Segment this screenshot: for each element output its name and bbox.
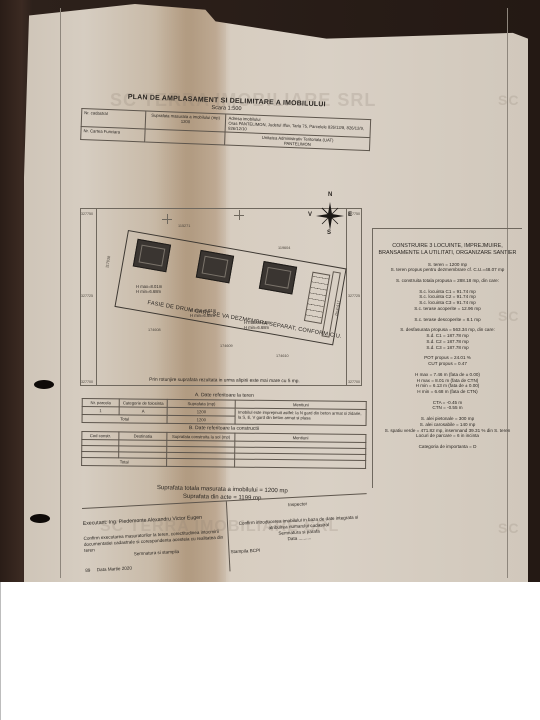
site-plan: 327750 327725 327700 327750 327725 32770… (80, 196, 370, 388)
north-arrow-icon: N S V E (312, 198, 348, 234)
grid-cross (162, 214, 172, 224)
cell-mentiuni: Imobilul este imprejmuit astfel: la N ga… (235, 408, 366, 425)
lot-number: 174610 (276, 354, 289, 358)
nr-cadastral-label: Nr. cadastral (81, 109, 145, 130)
building-notes: CONSTRUIRE 3 LOCUINTE, IMPREJMUIRE, BRAN… (372, 228, 522, 488)
page-number: 89 (85, 567, 90, 572)
grid-cross (234, 210, 244, 220)
house-c2 (196, 250, 234, 283)
house-c3 (259, 261, 297, 294)
neighbor-label: 115271 (178, 224, 190, 228)
coord-label: 327725 (81, 294, 93, 298)
total-label: Total (82, 415, 167, 424)
notes-heading: CONSTRUIRE 3 LOCUINTE, IMPREJMUIRE, BRAN… (373, 243, 522, 257)
hmin-label: H min=6.68m (136, 289, 162, 294)
inspector-column: Inspector Confirm introducerea imobilulu… (228, 494, 370, 571)
house-c1-heights: H max=8.01m H min=6.68m (136, 284, 162, 294)
punch-hole (30, 514, 50, 523)
carte-funciara-value (144, 129, 225, 145)
data-tables: Prin rotunjire suprafata rezultata in ur… (81, 377, 367, 469)
note-line: S. teren propus pentru dezmembrare cf. C… (373, 267, 522, 273)
neighbor-label: 119604 (278, 246, 290, 250)
signature-block: Executant: Ing. Piedemonte Alexandru Vic… (82, 493, 370, 578)
grid-line (346, 208, 347, 386)
lot-number: 174609 (220, 344, 233, 348)
executant-name: Executant: Ing. Piedemonte Alexandru Vic… (83, 513, 227, 527)
coord-label: 327750 (81, 212, 93, 216)
total-value: 1200 (167, 415, 235, 424)
compass-n: N (328, 192, 332, 198)
blank-area (0, 582, 540, 720)
coord-label: 327725 (348, 294, 360, 298)
document-photo: SC TERRA IMOBILIARE SRL SC SC SC SC TERR… (0, 0, 540, 582)
compass-v: V (308, 212, 312, 218)
compass-e: E (348, 212, 352, 218)
inspector-label: Inspector (228, 498, 367, 511)
lot-number: 174608 (148, 328, 161, 332)
compass-s: S (327, 230, 331, 236)
grid-line (96, 208, 97, 386)
house-c1 (133, 239, 171, 272)
note-line: Categoria de importanta = D (373, 444, 522, 450)
watermark: SC (498, 92, 519, 108)
punch-hole (34, 380, 54, 389)
total-label: Total (82, 458, 167, 467)
teren-table: Nr. parcela Categorie de folosinta Supra… (82, 398, 367, 426)
document-date: Data Martie 2020 (97, 565, 132, 572)
watermark: SC (498, 520, 519, 536)
executant-column: Executant: Ing. Piedemonte Alexandru Vic… (82, 501, 230, 578)
constructii-table: Cod constr. Destinatia Suprafata constru… (81, 431, 366, 469)
carte-funciara-label: Nr. Cartea Funciara (81, 127, 145, 142)
